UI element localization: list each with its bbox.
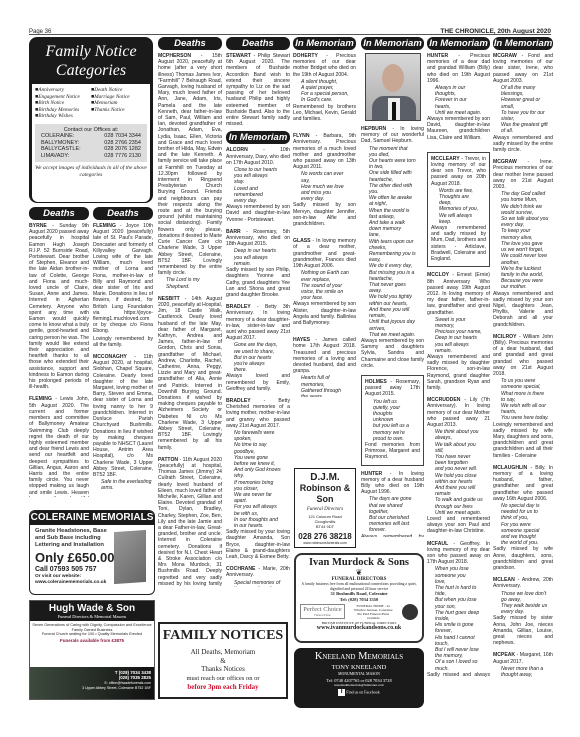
section-heading: Deaths [158, 37, 222, 50]
notice: MCCRUDDEN - Lily (7th Anniversary). In l… [427, 397, 490, 428]
notice: MCPEAK - Margaret, 16th August 2017. [493, 652, 553, 664]
family-notices-ad: FAMILY NOTICES All Deaths, Memoriam & Th… [158, 622, 288, 699]
notice: HEPBURN - In loving memory of our wonder… [361, 126, 424, 145]
notice: STEWART - Philip Stewart 6th August 2020… [226, 53, 290, 127]
notice: DOHERTY - Precious memories of our dear … [293, 53, 356, 78]
category-item: Birthday Memories [35, 107, 91, 114]
notice: MCLAUGHLIN - Billy. In memory of a lovin… [493, 465, 553, 502]
category-item: Death Notice [91, 87, 147, 94]
facebook-icon: f [338, 689, 345, 696]
hugh-wade-ad: Hugh Wade & Son Funeral Directors & Memo… [29, 600, 155, 700]
section-heading: In Memoriam [226, 131, 290, 144]
notice: COCHRANE - Marie, 20th Anniversary. [226, 566, 290, 578]
categories-box: Family NoticeCategories Anniversary Deat… [29, 37, 153, 203]
category-item: Engagement Notice [35, 94, 91, 101]
category-item: Anniversary [35, 87, 91, 94]
category-list: Anniversary Death Notice Engagement Noti… [35, 87, 147, 120]
notice: MCCONAGHY - 11th August 2020, at hospita… [93, 354, 153, 478]
notice: MCLEAN - Andrew, 20th Anniversary. [493, 577, 553, 589]
section-heading: In Memoriam [493, 37, 553, 50]
notice: HUNTER - Precious memories of a dear dad… [427, 53, 490, 84]
memoriam-column-7: In Memoriam HUNTER - Precious memories o… [427, 37, 490, 677]
notice: FLYNN - Barbara, 9th Anniversary. Precio… [293, 133, 356, 170]
memoriam-column-8: In Memoriam MCGRAW - Fond and loving mem… [493, 37, 553, 677]
section-heading: Deaths [226, 37, 290, 50]
headstone-image [114, 530, 146, 584]
section-heading: In Memoriam [361, 37, 424, 50]
coleraine-memorials-ad: COLERAINE MEMORIALS Granite Headstones, … [29, 510, 155, 595]
notice: MCILROY - William John (Billy). Precious… [493, 334, 553, 377]
notice: HOLMES - Rosemary, passed away 17th Augu… [365, 379, 420, 398]
deaths-column-1: Deaths BYRNE - Sunday 9th August 2020 pa… [29, 207, 89, 497]
memoriam-column-6: In Memoriam HEPBURN - In loving memory o… [361, 37, 424, 537]
mccleary-notice-box: MCCLEARY - Trevor, in loving memory of o… [427, 152, 490, 267]
notice: MCCLOY - Ernest (Ernie) 8th Anniversary … [427, 272, 490, 315]
office-row: LIMAVADY:028 7776 2130 [41, 153, 141, 160]
crest-icon [402, 604, 418, 620]
category-item: Birth Notice [35, 100, 91, 107]
notice: MCGRAW - Fond and loving memories of our… [493, 53, 553, 84]
memoriam-column-5: In Memoriam DOHERTY - Precious memories … [293, 37, 356, 397]
kneeland-memorials-ad: Kneeland Memorials TONY KNEELAND MONUMEN… [294, 648, 424, 708]
notice: FLEMING - Joyce 10th August 2020 (peacef… [93, 223, 153, 335]
deaths-column-3: Deaths MCPHERSON - 15th August 2020, pea… [158, 37, 222, 587]
notice: NESBITT - 14th August 2020, peacefully a… [158, 296, 222, 451]
notice: MCPHERSON - 15th August 2020, peacefully… [158, 53, 222, 276]
category-item: Memoriam [91, 100, 147, 107]
section-heading: In Memoriam [293, 37, 356, 50]
section-heading: In Memoriam [427, 37, 490, 50]
accept-note: We accept images of individuals in all o… [35, 165, 147, 179]
category-item: Birthday Wishes [35, 113, 91, 120]
categories-title: Family NoticeCategories [29, 42, 153, 80]
notice: PATTON - 11th August 2020 (peacefully) a… [158, 457, 222, 587]
notice: BRADLEY - Betty 3th Anniversary. In lovi… [226, 304, 290, 341]
category-item: Thanks Notice [91, 107, 147, 114]
notice: HUNTER - In loving memory of a dear husb… [361, 471, 424, 496]
header-rule [29, 34, 551, 35]
notice: HAYES - James called home 17th August 20… [293, 337, 356, 374]
notice: BYRNE - Sunday 9th August 2020 passed aw… [29, 223, 89, 390]
notice: ALCORN - 10th Anniversary, Davy, who die… [226, 147, 290, 166]
notice: MCFAUL - Geoffrey. In loving memory of m… [427, 541, 490, 566]
notice: MCCLEARY - Trevor, in loving memory of o… [431, 156, 486, 187]
holmes-notice-box: HOLMES - Rosemary, passed away 17th Augu… [361, 375, 424, 466]
ivan-murdock-ad: Ivan Murdock & Sons ❦ FUNERAL DIRECTORS … [294, 553, 424, 643]
notice: BARR - Rosemary, 5th Anniversary, who di… [226, 229, 290, 248]
bible-icon [98, 496, 148, 497]
notice: BRADLEY - Betty Cherished memories of a … [226, 398, 290, 429]
column-4: Deaths STEWART - Philip Stewart 6th Augu… [226, 37, 290, 587]
portrait-photo [365, 53, 421, 121]
notice: MCGRAW - Irene. Precious memories of our… [493, 159, 553, 190]
section-heading: Deaths [93, 207, 153, 220]
notice: FLEMING - Lewis John, 5th August 2020. T… [29, 396, 89, 497]
category-item: Marriage Notice [91, 94, 147, 101]
notice: GLASS - In loving memory of a dear mothe… [293, 238, 356, 269]
djm-robinson-ad: D.J.M. Robinson & Son Funeral Directors … [294, 468, 356, 548]
contact-offices: Contact our Offices at: COLERAINE:028 70… [35, 124, 147, 163]
deaths-column-2: Deaths FLEMING - Joyce 10th August 2020 … [93, 207, 153, 497]
ornament-icon: ❦ [296, 569, 422, 577]
section-heading: Deaths [29, 207, 89, 220]
